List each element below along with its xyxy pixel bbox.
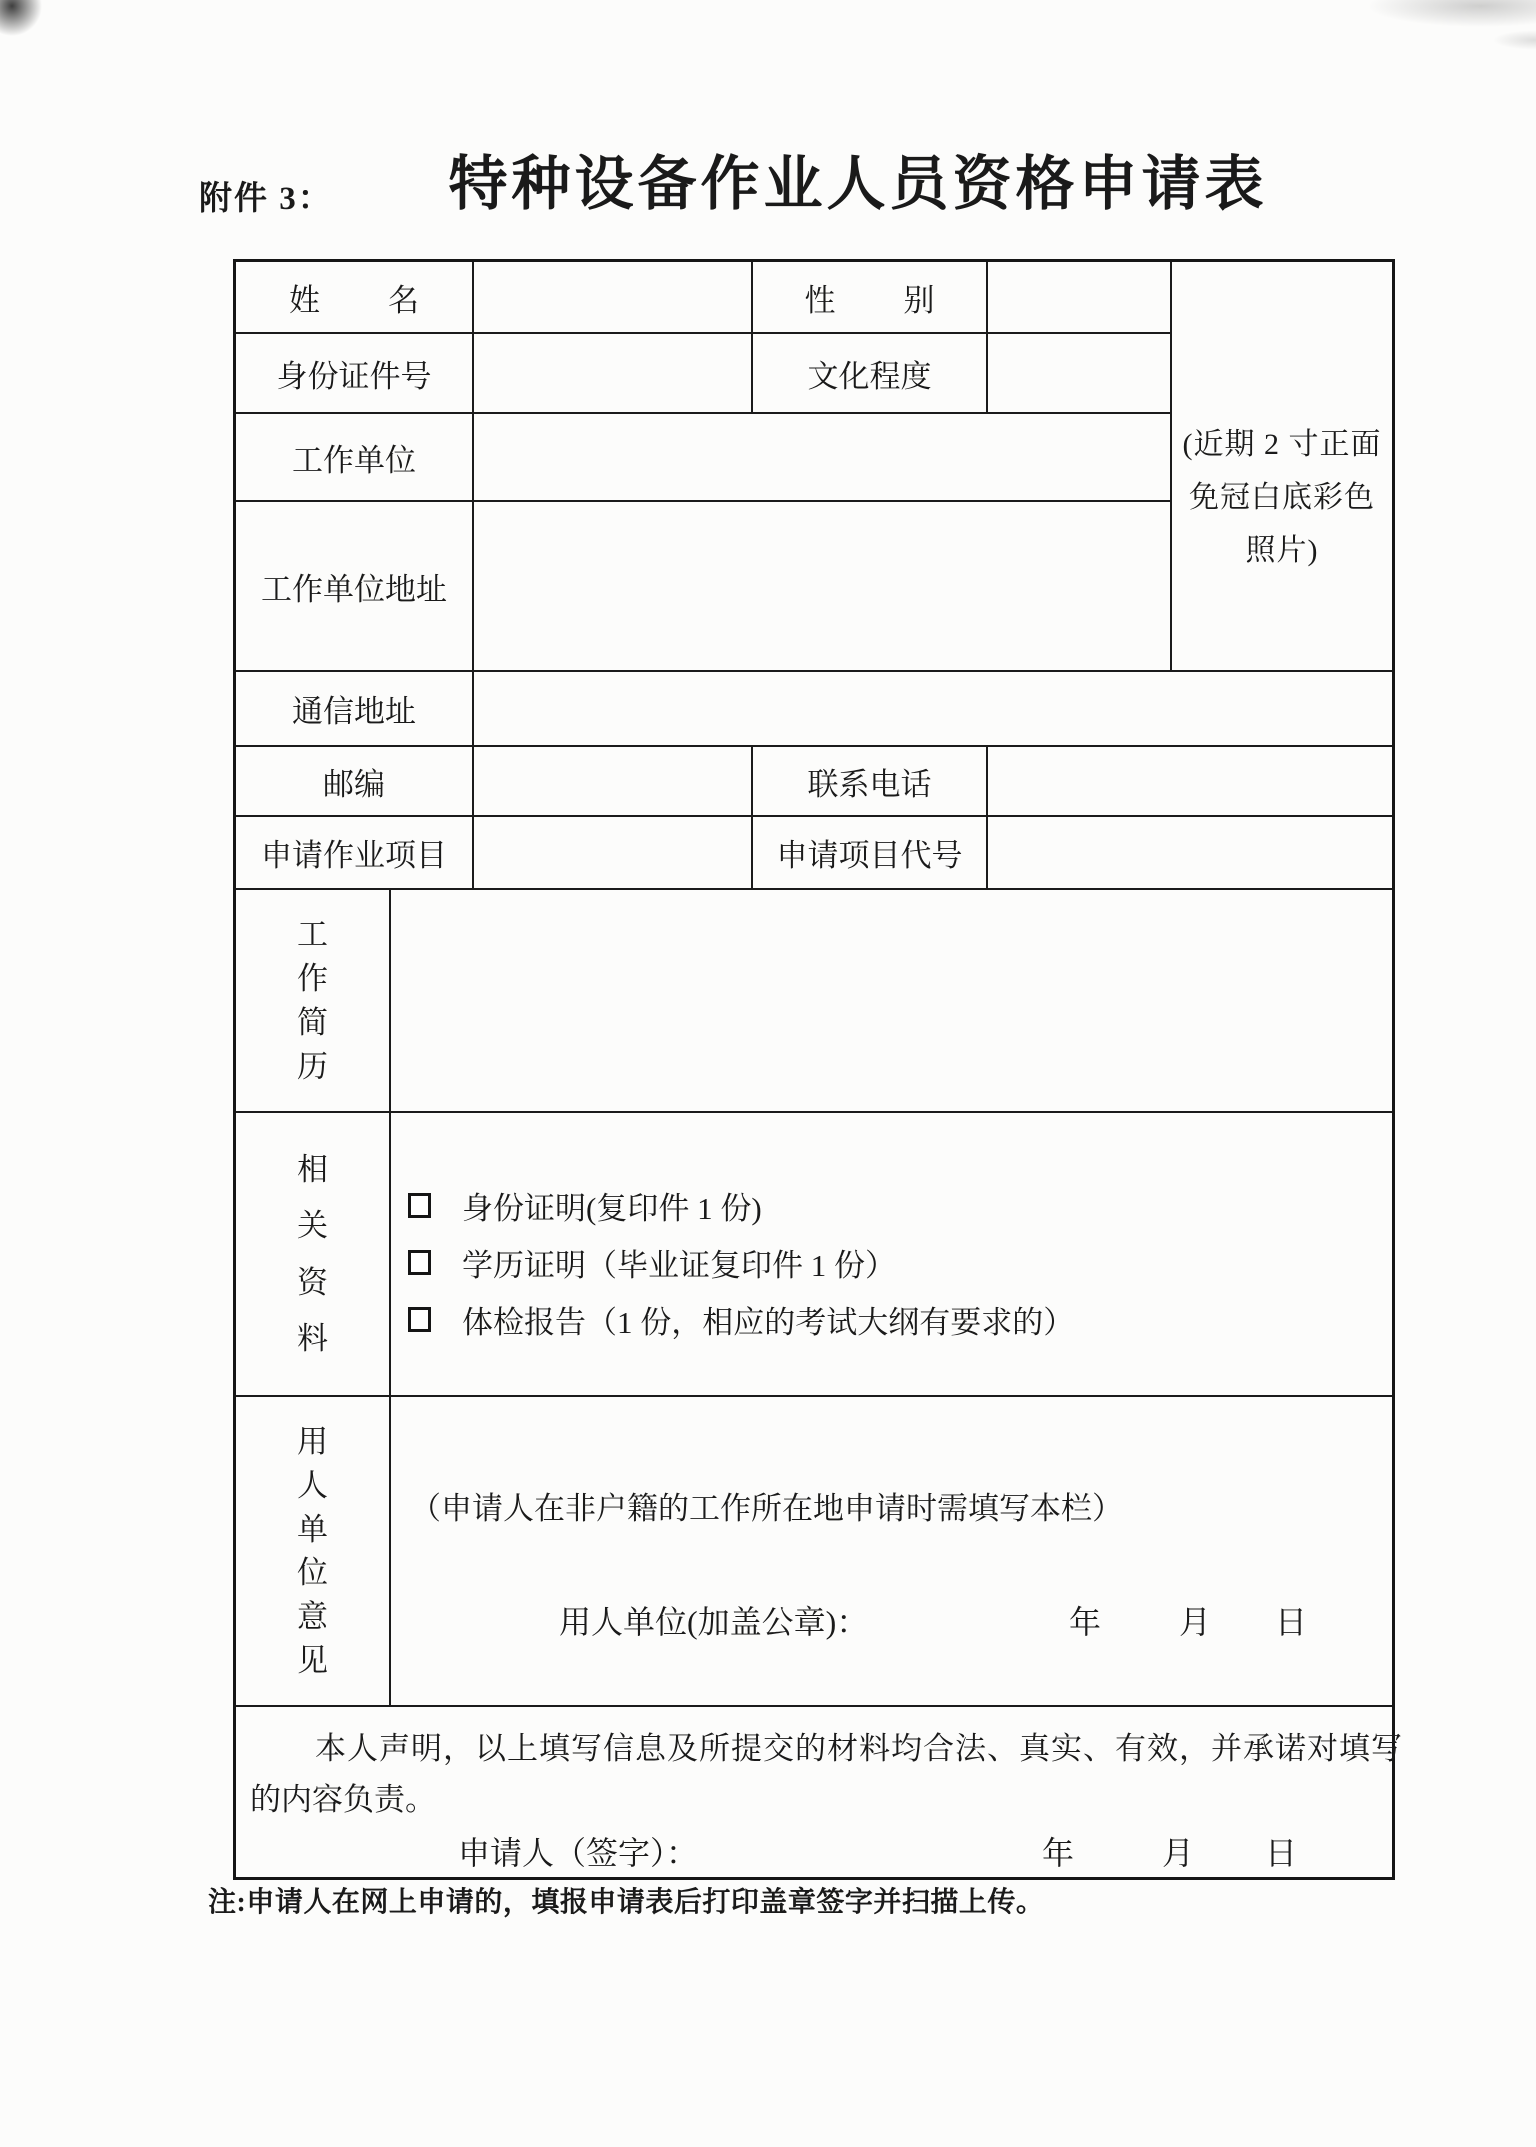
- project-code-label-cell: 申请项目代号: [753, 817, 988, 888]
- contact-phone-label: 联系电话: [808, 759, 932, 804]
- id-number-value-cell: [474, 334, 753, 412]
- row-id-education: 身份证件号 文化程度: [236, 334, 1170, 414]
- declaration-date-day: 日: [1265, 1828, 1297, 1874]
- project-code-label: 申请项目代号: [777, 830, 963, 875]
- checkbox-icon: [408, 1307, 431, 1332]
- gender-label-char2: 别: [904, 275, 935, 320]
- material-item-label: 身份证明(复印件 1 份): [462, 1183, 762, 1228]
- employer-opinion-label: 用 人 单 位 意 见: [236, 1397, 391, 1705]
- row-declaration: 本人声明，以上填写信息及所提交的材料均合法、真实、有效，并承诺对填写 的内容负责…: [236, 1707, 1392, 1877]
- contact-phone-value-cell: [988, 747, 1392, 815]
- row-related-materials: 相 关 资 料 身份证明(复印件 1 份) 学历证明（毕业证复印件 1 份） 体…: [236, 1113, 1392, 1397]
- employer-opinion-char: 位: [297, 1557, 328, 1588]
- name-label-cell: 姓 名: [236, 262, 474, 332]
- application-form-table: 姓 名 性 别 身份证件号: [233, 259, 1395, 1880]
- row-project-code: 申请作业项目 申请项目代号: [236, 817, 1392, 890]
- work-history-char: 工: [297, 919, 328, 950]
- mailing-address-label-cell: 通信地址: [236, 672, 474, 745]
- personal-info-grid: 姓 名 性 别 身份证件号: [236, 262, 1172, 670]
- declaration-sign-label: 申请人（签字）：: [458, 1828, 698, 1874]
- form-footnote: 注:申请人在网上申请的，填报申请表后打印盖章签字并扫描上传。: [208, 1880, 1044, 1920]
- work-history-char: 历: [297, 1051, 328, 1082]
- work-history-char: 简: [297, 1007, 328, 1038]
- row-name-gender: 姓 名 性 别: [236, 262, 1170, 334]
- row-work-history: 工 作 简 历: [236, 890, 1392, 1113]
- employer-opinion-char: 见: [297, 1645, 328, 1676]
- photo-note-line2: 免冠白底彩色: [1183, 471, 1382, 524]
- related-materials-char: 资: [297, 1267, 328, 1298]
- photo-note-line3: 照片): [1183, 524, 1382, 577]
- gender-value-cell: [988, 262, 1170, 332]
- employer-address-value-cell: [474, 502, 1170, 670]
- photo-box: (近期 2 寸正面 免冠白底彩色 照片): [1172, 262, 1392, 670]
- material-item: 体检报告（1 份，相应的考试大纲有要求的）: [391, 1299, 1392, 1339]
- postal-code-value-cell: [474, 747, 753, 815]
- row-employer-address: 工作单位地址: [236, 502, 1170, 670]
- related-materials-char: 相: [297, 1154, 328, 1185]
- applied-project-label: 申请作业项目: [261, 830, 447, 875]
- related-materials-content: 身份证明(复印件 1 份) 学历证明（毕业证复印件 1 份） 体检报告（1 份，…: [391, 1113, 1392, 1395]
- employer-seal-label: 用人单位(加盖公章)：: [559, 1597, 868, 1643]
- row-postcode-phone: 邮编 联系电话: [236, 747, 1392, 817]
- employer-opinion-hint: （申请人在非户籍的工作所在地申请时需填写本栏）: [410, 1483, 1123, 1528]
- row-employer-opinion: 用 人 单 位 意 见 （申请人在非户籍的工作所在地申请时需填写本栏） 用人单位…: [236, 1397, 1392, 1707]
- work-history-label: 工 作 简 历: [236, 890, 391, 1111]
- employer-opinion-char: 意: [297, 1601, 328, 1632]
- name-label-char2: 名: [388, 275, 419, 320]
- employer-label-cell: 工作单位: [236, 414, 474, 500]
- attachment-label: 附件 3：: [199, 172, 333, 219]
- photo-note-line1: (近期 2 寸正面: [1183, 418, 1382, 471]
- employer-date-year: 年: [1069, 1597, 1101, 1643]
- checkbox-icon: [408, 1193, 431, 1218]
- applied-project-label-cell: 申请作业项目: [236, 817, 474, 888]
- material-item-label: 学历证明（毕业证复印件 1 份）: [462, 1240, 896, 1285]
- project-code-value-cell: [988, 817, 1392, 888]
- declaration-line1: 本人声明，以上填写信息及所提交的材料均合法、真实、有效，并承诺对填写: [315, 1723, 1403, 1768]
- employer-date-day: 日: [1275, 1597, 1307, 1643]
- checkbox-icon: [408, 1250, 431, 1275]
- education-label-cell: 文化程度: [753, 334, 988, 412]
- employer-opinion-char: 用: [297, 1426, 328, 1457]
- work-history-content-cell: [391, 890, 1392, 1111]
- employer-address-label-cell: 工作单位地址: [236, 502, 474, 670]
- material-item: 学历证明（毕业证复印件 1 份）: [391, 1242, 1392, 1282]
- id-number-label-cell: 身份证件号: [236, 334, 474, 412]
- material-item-label: 体检报告（1 份，相应的考试大纲有要求的）: [462, 1297, 1074, 1342]
- material-item: 身份证明(复印件 1 份): [391, 1185, 1392, 1225]
- declaration-date-month: 月: [1162, 1828, 1194, 1874]
- name-label-char1: 姓: [289, 275, 320, 320]
- photo-note: (近期 2 寸正面 免冠白底彩色 照片): [1183, 418, 1382, 577]
- row-employer: 工作单位: [236, 414, 1170, 502]
- employer-value-cell: [474, 414, 1170, 500]
- row-mailing-address: 通信地址: [236, 672, 1392, 747]
- applied-project-value-cell: [474, 817, 753, 888]
- employer-address-label: 工作单位地址: [261, 564, 447, 609]
- declaration-line2: 的内容负责。: [250, 1774, 436, 1819]
- employer-opinion-content: （申请人在非户籍的工作所在地申请时需填写本栏） 用人单位(加盖公章)： 年 月 …: [391, 1397, 1392, 1705]
- postal-code-label: 邮编: [323, 759, 385, 804]
- related-materials-label: 相 关 资 料: [236, 1113, 391, 1395]
- employer-opinion-char: 人: [297, 1470, 328, 1501]
- form-title: 特种设备作业人员资格申请表: [433, 136, 1283, 221]
- declaration-date-year: 年: [1042, 1828, 1074, 1874]
- contact-phone-label-cell: 联系电话: [753, 747, 988, 815]
- education-label: 文化程度: [808, 351, 932, 396]
- employer-opinion-char: 单: [297, 1514, 328, 1545]
- work-history-char: 作: [297, 963, 328, 994]
- scanned-form-page: 附件 3： 特种设备作业人员资格申请表 姓 名 性 别: [0, 0, 1536, 2147]
- mailing-address-label: 通信地址: [292, 686, 416, 731]
- mailing-address-value-cell: [474, 672, 1392, 745]
- id-number-label: 身份证件号: [277, 351, 432, 396]
- employer-label: 工作单位: [292, 435, 416, 480]
- personal-info-section: 姓 名 性 别 身份证件号: [236, 262, 1392, 672]
- employer-date-month: 月: [1179, 1597, 1211, 1643]
- declaration-content: 本人声明，以上填写信息及所提交的材料均合法、真实、有效，并承诺对填写 的内容负责…: [236, 1707, 1392, 1877]
- related-materials-char: 料: [297, 1323, 328, 1354]
- name-value-cell: [474, 262, 753, 332]
- gender-label-cell: 性 别: [753, 262, 988, 332]
- postal-code-label-cell: 邮编: [236, 747, 474, 815]
- education-value-cell: [988, 334, 1170, 412]
- related-materials-char: 关: [297, 1210, 328, 1241]
- gender-label-char1: 性: [805, 275, 836, 320]
